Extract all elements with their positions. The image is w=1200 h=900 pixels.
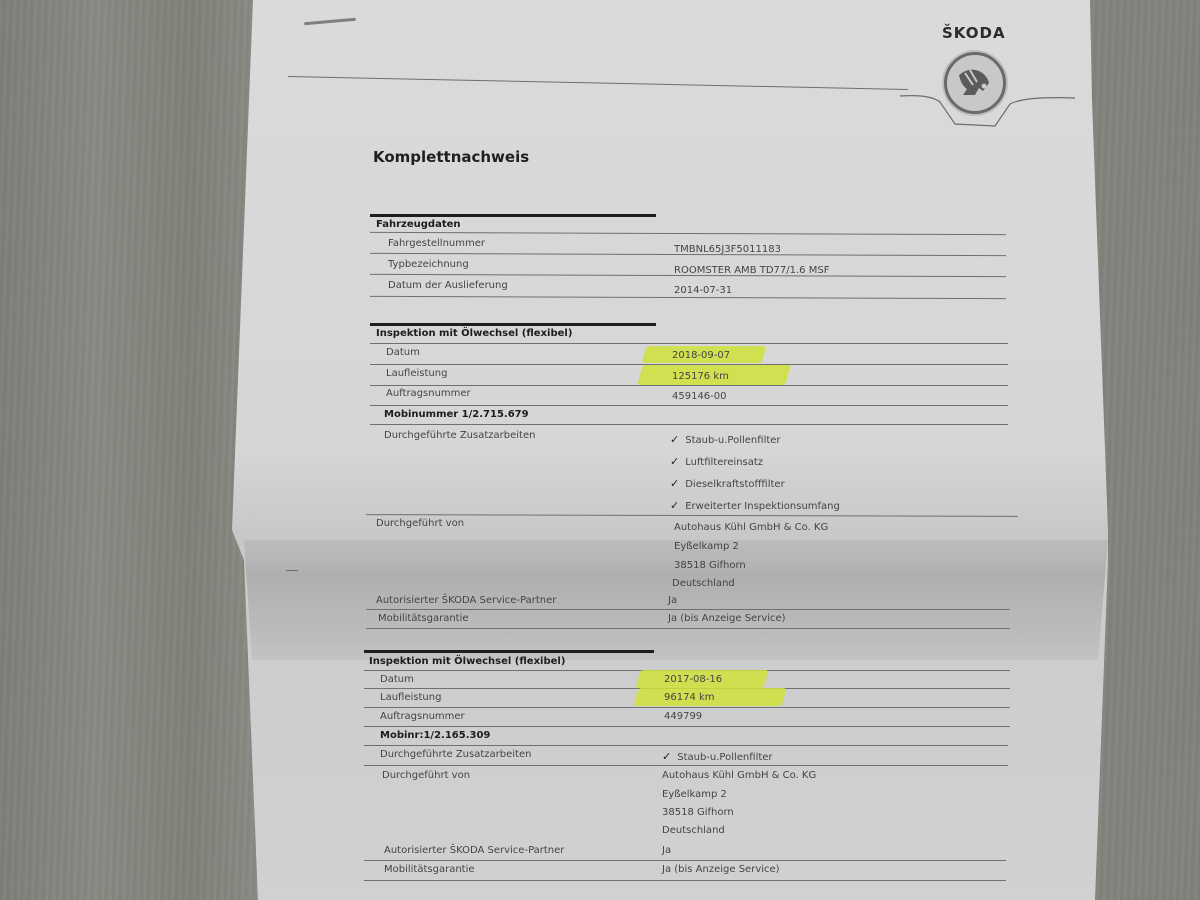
- row-divider: [370, 232, 1006, 235]
- row-divider: [364, 880, 1006, 881]
- row-divider: [364, 707, 1010, 708]
- label-order-number: Auftragsnummer: [380, 711, 465, 722]
- value-date: 2018-09-07: [672, 350, 730, 361]
- value-authorized-partner: Ja: [662, 845, 671, 856]
- row-divider: [370, 296, 1006, 299]
- label-performed-by: Durchgeführt von: [376, 518, 464, 529]
- value-mobility-guarantee: Ja (bis Anzeige Service): [668, 613, 786, 624]
- dealer-street: Eyßelkamp 2: [674, 541, 739, 552]
- row-divider: [370, 385, 1008, 386]
- check-icon: ✓: [670, 455, 679, 468]
- label-vin: Fahrgestellnummer: [388, 238, 485, 249]
- label-mileage: Laufleistung: [386, 368, 447, 379]
- label-date: Datum: [386, 347, 420, 358]
- row-divider: [364, 745, 1008, 746]
- brand-wordmark: ŠKODA: [942, 24, 1006, 42]
- skoda-winged-arrow-icon: [944, 52, 1006, 114]
- row-divider: [370, 253, 1006, 256]
- row-divider: [370, 405, 1008, 406]
- row-divider: [366, 514, 1018, 517]
- label-order-number: Auftragsnummer: [386, 388, 471, 399]
- mobi-number: Mobinr:1/2.165.309: [380, 730, 490, 741]
- mobi-number: Mobinummer 1/2.715.679: [384, 409, 529, 420]
- section-bar: [370, 323, 656, 326]
- value-order-number: 459146-00: [672, 391, 727, 402]
- label-date: Datum: [380, 674, 414, 685]
- extra-work-item: ✓Staub-u.Pollenfilter: [662, 750, 773, 763]
- label-mileage: Laufleistung: [380, 692, 441, 703]
- extra-work-item: ✓Luftfiltereinsatz: [670, 455, 763, 468]
- section-heading-inspection: Inspektion mit Ölwechsel (flexibel): [376, 328, 572, 339]
- section-heading-inspection: Inspektion mit Ölwechsel (flexibel): [369, 656, 565, 667]
- check-icon: ✓: [662, 750, 671, 763]
- dealer-country: Deutschland: [672, 578, 735, 589]
- label-authorized-partner: Autorisierter ŠKODA Service-Partner: [384, 845, 564, 856]
- dealer-street: Eyßelkamp 2: [662, 789, 727, 800]
- value-mileage: 125176 km: [672, 371, 729, 382]
- value-authorized-partner: Ja: [668, 595, 677, 606]
- label-performed-by: Durchgeführt von: [382, 770, 470, 781]
- staple-icon: [304, 18, 356, 26]
- label-authorized-partner: Autorisierter ŠKODA Service-Partner: [376, 595, 556, 606]
- value-delivery-date: 2014-07-31: [674, 285, 732, 296]
- check-icon: ✓: [670, 433, 679, 446]
- dealer-name: Autohaus Kühl GmbH & Co. KG: [662, 770, 816, 781]
- extra-work-item: ✓Dieselkraftstofffilter: [670, 477, 785, 490]
- header-rule: [288, 76, 908, 90]
- fold-mark: [286, 570, 298, 571]
- value-date: 2017-08-16: [664, 674, 722, 685]
- label-extra-work: Durchgeführte Zusatzarbeiten: [384, 430, 535, 441]
- dealer-city: 38518 Gifhorn: [662, 807, 734, 818]
- section-bar: [370, 214, 656, 217]
- row-divider: [364, 726, 1010, 727]
- value-mileage: 96174 km: [664, 692, 715, 703]
- value-order-number: 449799: [664, 711, 702, 722]
- row-divider: [364, 860, 1006, 861]
- row-divider: [366, 609, 1010, 610]
- page-title: Komplettnachweis: [373, 148, 529, 166]
- check-icon: ✓: [670, 477, 679, 490]
- dealer-name: Autohaus Kühl GmbH & Co. KG: [674, 522, 828, 533]
- row-divider: [364, 765, 1008, 766]
- section-heading-vehicle: Fahrzeugdaten: [376, 219, 461, 230]
- section-bar: [364, 650, 654, 653]
- label-extra-work: Durchgeführte Zusatzarbeiten: [380, 749, 531, 760]
- label-mobility-guarantee: Mobilitätsgarantie: [378, 613, 469, 624]
- label-mobility-guarantee: Mobilitätsgarantie: [384, 864, 475, 875]
- label-delivery-date: Datum der Auslieferung: [388, 280, 508, 291]
- value-mobility-guarantee: Ja (bis Anzeige Service): [662, 864, 780, 875]
- extra-work-item: ✓Staub-u.Pollenfilter: [670, 433, 781, 446]
- row-divider: [370, 424, 1008, 425]
- check-icon: ✓: [670, 499, 679, 512]
- service-record-document: ŠKODA Komplettnachweis Fahrzeugdaten Fah…: [0, 0, 1200, 900]
- dealer-city: 38518 Gifhorn: [674, 560, 746, 571]
- row-divider: [370, 274, 1006, 277]
- label-type: Typbezeichnung: [388, 259, 469, 270]
- dealer-country: Deutschland: [662, 825, 725, 836]
- extra-work-item: ✓Erweiterter Inspektionsumfang: [670, 499, 840, 512]
- row-divider: [370, 343, 1008, 344]
- row-divider: [366, 628, 1010, 629]
